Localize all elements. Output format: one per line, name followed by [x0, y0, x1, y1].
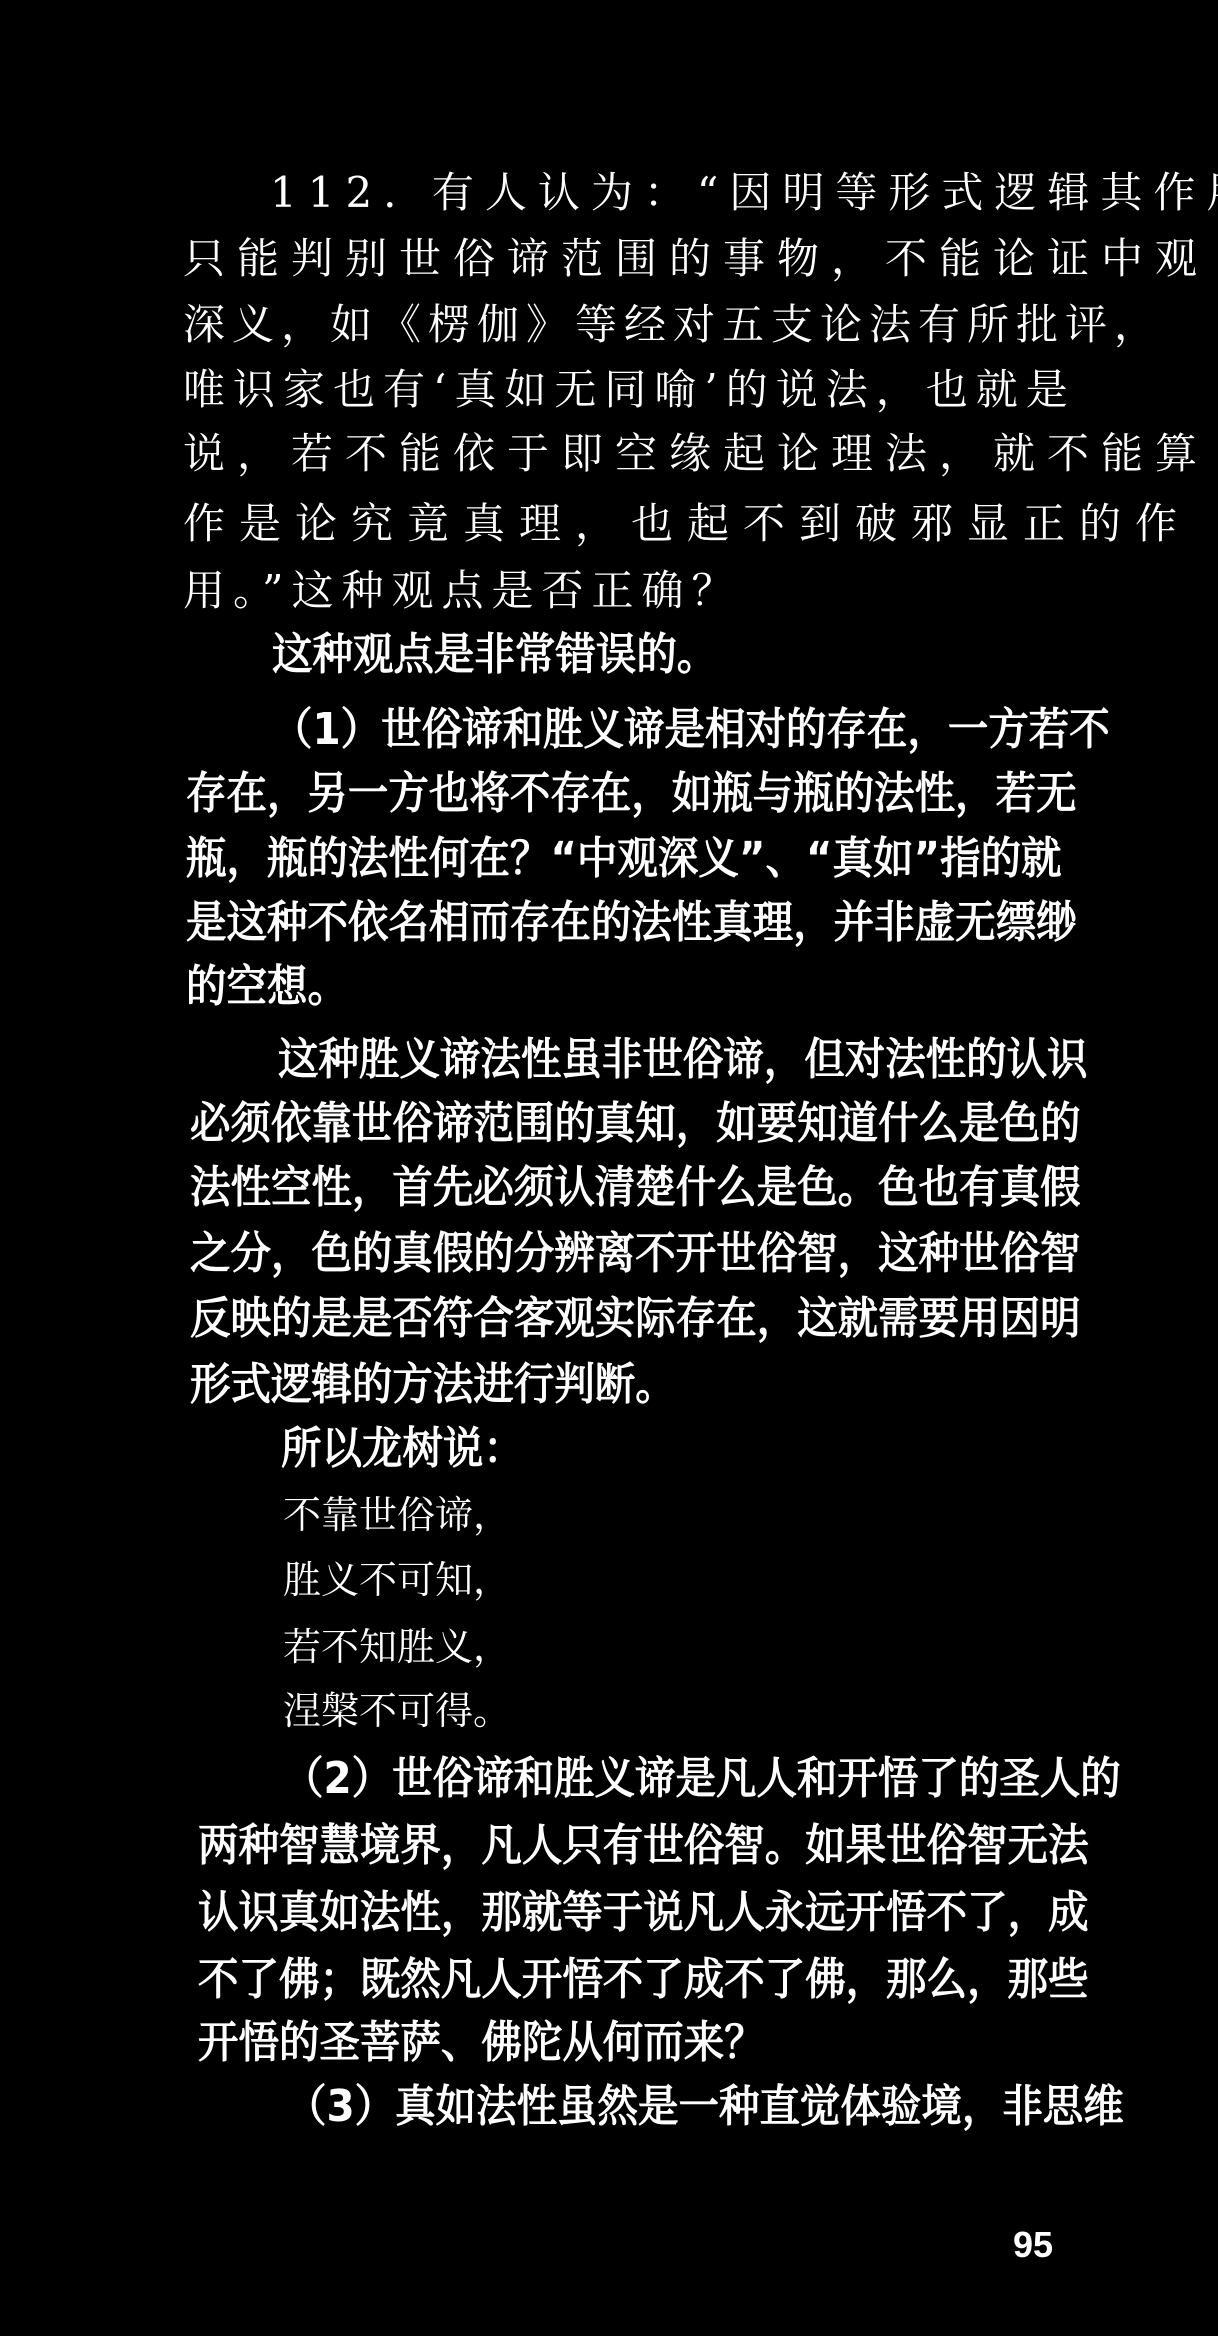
- verse-intro: 所以龙树说：: [281, 1427, 524, 1471]
- body-line: 必须依靠世俗谛范围的真知，如要知道什么是色的: [190, 1102, 1081, 1146]
- body-line: 反映的是是否符合客观实际存在，这就需要用因明: [190, 1297, 1081, 1341]
- question-line: 深义，如《楞伽》等经对五支论法有所批评，: [183, 304, 1163, 346]
- verse-line: 涅槃不可得。: [283, 1692, 511, 1730]
- verse-line: 胜义不可知，: [283, 1561, 511, 1599]
- body-line: 法性空性，首先必须认清楚什么是色。色也有真假: [190, 1166, 1081, 1210]
- body-line: 形式逻辑的方法进行判断。: [190, 1363, 676, 1407]
- body-line: （2）世俗谛和胜义谛是凡人和开悟了的圣人的: [283, 1757, 1121, 1801]
- body-line: （1）世俗谛和胜义谛是相对的存在，一方若不: [272, 708, 1110, 752]
- question-line: 说，若不能依于即空缘起论理法，就不能算: [183, 433, 1209, 475]
- verse-line: 不靠世俗谛，: [283, 1496, 511, 1534]
- body-line: 之分，色的真假的分辨离不开世俗智，这种世俗智: [190, 1232, 1081, 1276]
- body-line: 开悟的圣菩萨、佛陀从何而来？: [198, 2021, 765, 2065]
- verse-line: 若不知胜义，: [283, 1628, 511, 1666]
- question-line: 作是论究竟真理，也起不到破邪显正的作: [183, 503, 1191, 545]
- body-line: 是这种不依名相而存在的法性真理，并非虚无缥缈: [186, 901, 1077, 945]
- body-line: 认识真如法性，那就等于说凡人永远开悟不了，成: [198, 1891, 1089, 1935]
- body-line: 不了佛；既然凡人开悟不了成不了佛，那么，那些: [198, 1958, 1089, 2002]
- page-number: 95: [1013, 2224, 1053, 2266]
- body-line: （3）真如法性虽然是一种直觉体验境，非思维: [286, 2085, 1124, 2129]
- body-line: 两种智慧境界，凡人只有世俗智。如果世俗智无法: [198, 1824, 1089, 1868]
- body-line: 存在，另一方也将不存在，如瓶与瓶的法性，若无: [186, 772, 1077, 816]
- body-line: 这种胜义谛法性虽非世俗谛，但对法性的认识: [278, 1038, 1088, 1082]
- question-line: 112. 有人认为：“因明等形式逻辑其作用: [270, 172, 1218, 214]
- question-line: 只能判别世俗谛范围的事物，不能论证中观: [183, 238, 1209, 280]
- body-line: 的空想。: [186, 965, 348, 1009]
- answer-intro: 这种观点是非常错误的。: [272, 633, 717, 677]
- question-line: 唯识家也有‘真如无同喻’的说法，也就是: [183, 369, 1076, 411]
- question-line: 用。”这种观点是否正确？: [183, 570, 741, 612]
- body-line: 瓶，瓶的法性何在？“中观深义”、“真如”指的就: [186, 837, 1062, 881]
